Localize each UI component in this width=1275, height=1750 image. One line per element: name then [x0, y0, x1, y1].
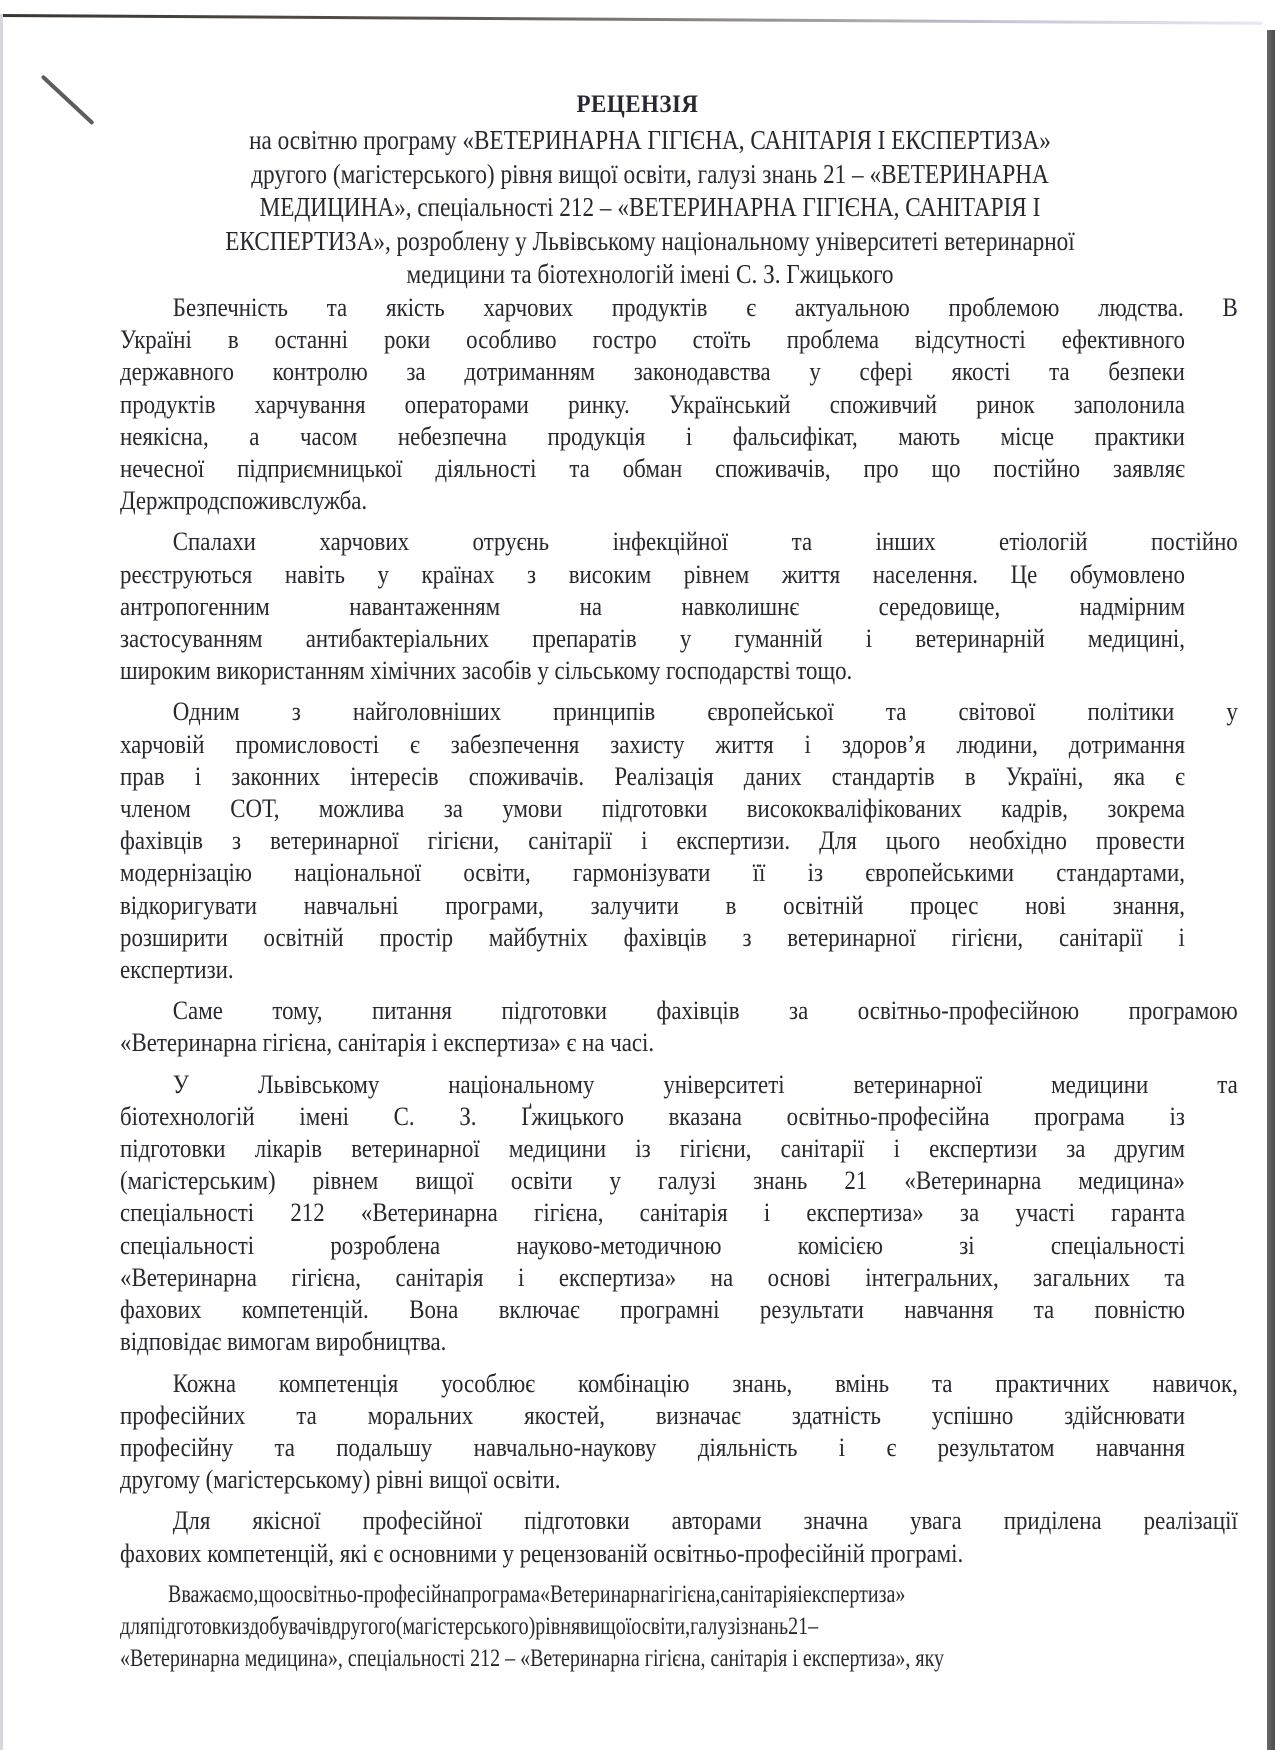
word: другим [1115, 1133, 1185, 1165]
word: якості [951, 356, 1010, 388]
word: Український [669, 389, 791, 421]
word: і [805, 729, 811, 761]
word: особливо [466, 324, 556, 356]
word: санітарії [1059, 922, 1143, 954]
word: та [1165, 1262, 1185, 1294]
word: мають [898, 421, 960, 453]
document-title: РЕЦЕНЗІЯ [51, 90, 1224, 120]
word: «Ветеринарна [904, 1165, 1041, 1197]
word: участі [1015, 1197, 1075, 1229]
word: визначає [656, 1400, 741, 1432]
word: антропогенним [120, 591, 270, 623]
word: європейськими [865, 857, 1014, 889]
word: стандартів [832, 761, 935, 793]
word: заявляє [1113, 453, 1185, 485]
word: із [635, 1133, 650, 1165]
word: принципів [553, 696, 655, 728]
word: та [327, 292, 347, 324]
word: ветеринарної [270, 825, 399, 857]
word: безпеки [1108, 356, 1185, 388]
word: необхідно [969, 825, 1067, 857]
word: постійно [1151, 526, 1238, 558]
text-line: експертизи. [120, 954, 1185, 986]
word: дотримання [1069, 729, 1185, 761]
word: із [808, 857, 823, 889]
word: можлива [319, 793, 404, 825]
word: харчовій [120, 729, 205, 761]
text-line: професійнутаподальшунавчально-науковудія… [120, 1432, 1185, 1464]
word: медицина» [1078, 1165, 1185, 1197]
word: діяльності [435, 453, 536, 485]
word: державного [120, 356, 234, 388]
paragraph-lviv-university: УЛьвівськомунаціональномууніверситетівет… [120, 1069, 1185, 1359]
paragraph-professional-training: Дляякісноїпрофесійноїпідготовкиавторамиз… [120, 1505, 1185, 1569]
word: Для [819, 825, 857, 857]
word: Ґжицького [521, 1101, 624, 1133]
text-line: УЛьвівськомунаціональномууніверситетівет… [120, 1069, 1238, 1101]
word: гігієни, [680, 1133, 752, 1165]
word: з [527, 559, 536, 591]
word: антибактеріальних [306, 623, 489, 655]
word: експертизи. [676, 825, 790, 857]
word: санітарії [528, 825, 612, 857]
word: приділена [1004, 1505, 1102, 1537]
word: обман [623, 453, 683, 485]
word: стандартами, [1056, 857, 1185, 889]
word: вказана [669, 1101, 742, 1133]
word: навичок, [1153, 1368, 1238, 1400]
text-line: (магістерським)рівнемвищоїосвітиугалузіз… [120, 1165, 1185, 1197]
text-line: спеціальності212«Ветеринарнагігієна,сані… [120, 1197, 1185, 1229]
word: 21 [788, 1613, 808, 1640]
text-line: Дляякісноїпрофесійноїпідготовкиавторамиз… [120, 1505, 1238, 1537]
word: підготовки [524, 1505, 630, 1537]
text-line: фахівцівзветеринарноїгігієни,санітаріїіе… [120, 825, 1185, 857]
word: фальсифікат, [733, 421, 858, 453]
document-body: Безпечністьтаякістьхарчовихпродуктівєакт… [120, 292, 1185, 1684]
word: університеті [663, 1069, 784, 1101]
word: підприємницької [237, 453, 402, 485]
word: Вона [409, 1294, 458, 1326]
word: на [711, 1262, 733, 1294]
word: ветеринарній [915, 623, 1044, 655]
word: стоїть [693, 324, 751, 356]
word: тому, [272, 995, 322, 1027]
word: гігієна, [291, 1262, 360, 1294]
word: цього [886, 825, 940, 857]
word: В [1223, 292, 1238, 324]
word: життя [782, 559, 840, 591]
paragraph-conclusion: Вважаємо,щоосвітньо-професійнапрограма«В… [120, 1579, 1185, 1676]
word: діяльність [698, 1432, 798, 1464]
word: експертизи [929, 1133, 1037, 1165]
word: і [839, 1432, 845, 1464]
word: імені [299, 1101, 349, 1133]
word: висококваліфікованих [747, 793, 962, 825]
word: У [173, 1069, 189, 1101]
text-line: продуктівхарчуванняоператорамиринку.Укра… [120, 389, 1185, 421]
word: спеціальності [1051, 1230, 1185, 1262]
word: і [641, 825, 647, 857]
word: подальшу [336, 1432, 432, 1464]
word: європейської [707, 696, 834, 728]
word: професійної [363, 1505, 482, 1537]
subtitle-line: МЕДИЦИНА», спеціальності 212 – «ВЕТЕРИНА… [177, 191, 1123, 225]
word: неякісна, [120, 421, 209, 453]
word: законодавства [634, 356, 771, 388]
word: політики [1087, 696, 1174, 728]
word: даних [744, 761, 802, 793]
paragraph-timeliness: Саметому,питанняпідготовкифахівцівзаосві… [120, 995, 1185, 1059]
text-line: «Ветеринарна гігієна, санітарія і експер… [120, 1027, 1185, 1059]
word: медицині, [1088, 623, 1185, 655]
word: заполонила [1074, 389, 1185, 421]
word: освітньо-професійна [787, 1101, 990, 1133]
word: експертиза» [806, 1197, 923, 1229]
word: освітньо-професійною [858, 995, 1079, 1027]
text-line: дляпідготовкиздобувачівдругого(магістерс… [120, 1611, 1185, 1643]
word: основі [768, 1262, 831, 1294]
text-line: спеціальностірозробленанауково-методично… [120, 1230, 1185, 1262]
subtitle-line: на освітню програму «ВЕТЕРИНАРНА ГІГІЄНА… [177, 124, 1123, 158]
word: кадрів, [1001, 793, 1068, 825]
word: уособлює [441, 1368, 535, 1400]
word: (магістерського) [396, 1613, 535, 1640]
word: навчання [1096, 1432, 1185, 1464]
word: ветеринарної [787, 922, 916, 954]
word: навіть [285, 559, 345, 591]
text-line: правізаконнихінтересівспоживачів.Реаліза… [120, 761, 1185, 793]
text-line: застосуваннямантибактеріальнихпрепаратів… [120, 623, 1185, 655]
word: з [232, 825, 241, 857]
word: фахових [120, 1294, 201, 1326]
word: навчання [904, 1294, 993, 1326]
word: компетенцій. [242, 1294, 369, 1326]
word: проблема [787, 324, 879, 356]
text-line: Українівостаннірокиособливогостростоїтьп… [120, 324, 1185, 356]
word: моральних [368, 1400, 474, 1432]
word: навчальні [304, 890, 399, 922]
word: відсутності [915, 324, 1026, 356]
word: застосуванням [120, 623, 263, 655]
word: навантаженням [349, 591, 500, 623]
word: – [808, 1613, 818, 1640]
word: небезпечна [398, 421, 507, 453]
word: проблемою [949, 292, 1060, 324]
word: загальних [1033, 1262, 1130, 1294]
word: про [863, 453, 898, 485]
word: процес [910, 890, 978, 922]
word: увага [910, 1505, 962, 1537]
word: гігієна, [534, 1197, 603, 1229]
word: часом [300, 421, 357, 453]
text-line: «Ветеринарнагігієна,санітаріяіекспертиза… [120, 1262, 1185, 1294]
scan-right-edge [1267, 30, 1275, 1750]
word: (магістерським) [120, 1165, 276, 1197]
word: та [274, 1432, 294, 1464]
text-line: членомСОТ,можливазаумовипідготовкивисоко… [120, 793, 1185, 825]
text-line: «Ветеринарна медицина», спеціальності 21… [120, 1643, 1185, 1675]
word: а [249, 421, 259, 453]
subtitle-line: другого (магістерського) рівня вищої осв… [177, 158, 1123, 192]
word: нові [1025, 890, 1066, 922]
word: у [809, 356, 820, 388]
word: відкоригувати [120, 890, 257, 922]
word: світової [958, 696, 1035, 728]
word: галузі [658, 1165, 716, 1197]
word: програмні [620, 1294, 719, 1326]
word: промисловості [235, 729, 379, 761]
word: у [610, 1165, 621, 1197]
word: харчових [483, 292, 573, 324]
word: за [444, 793, 463, 825]
word: санітарія [395, 1262, 483, 1294]
word: за [960, 1197, 979, 1229]
word: і [518, 1262, 524, 1294]
word: авторами [672, 1505, 762, 1537]
word: освітній [783, 890, 863, 922]
word: розроблена [330, 1230, 440, 1262]
word: повністю [1095, 1294, 1185, 1326]
word: на [580, 591, 602, 623]
word: гармонізувати [573, 857, 710, 889]
word: яка [1114, 761, 1145, 793]
word: що [931, 453, 960, 485]
word: сфері [860, 356, 913, 388]
word: що [258, 1581, 283, 1608]
word: фахівців [624, 922, 707, 954]
word: інших [876, 526, 936, 558]
word: професійних [120, 1400, 245, 1432]
word: продуктів [120, 389, 216, 421]
word: навчально-наукову [474, 1432, 657, 1464]
word: біотехнологій [120, 1101, 255, 1133]
word: реалізації [1144, 1505, 1238, 1537]
word: ефективного [1062, 324, 1185, 356]
word: з [742, 922, 751, 954]
text-line: Вважаємо,щоосвітньо-професійнапрограма«В… [120, 1579, 1233, 1611]
word: і [764, 1197, 770, 1229]
word: С. [394, 1101, 415, 1133]
word: питання [372, 995, 452, 1027]
word: є [1175, 761, 1185, 793]
word: останні [275, 324, 348, 356]
word: і [1179, 922, 1185, 954]
word: роки [384, 324, 430, 356]
word: та [932, 1368, 952, 1400]
word: Саме [173, 995, 223, 1027]
word: Кожна [173, 1368, 236, 1400]
word: харчових [319, 526, 409, 558]
word: національному [448, 1069, 594, 1101]
word: за [1066, 1133, 1085, 1165]
word: гігієна, [660, 1581, 721, 1608]
word: експертиза» [803, 1581, 906, 1608]
text-line: нечесноїпідприємницькоїдіяльностітаобман… [120, 453, 1185, 485]
word: програма [1034, 1101, 1125, 1133]
word: Одним [173, 696, 240, 728]
word: професійну [120, 1432, 233, 1464]
text-line: модернізаціюнаціональноїосвіти,гармонізу… [120, 857, 1185, 889]
text-line: відповідає вимогам виробництва. [120, 1326, 1185, 1358]
word: інтегральних, [865, 1262, 998, 1294]
word: рівнем [313, 1165, 378, 1197]
word: підготовки [602, 793, 708, 825]
word: фахівців [657, 995, 740, 1027]
word: компетенція [279, 1368, 398, 1400]
word: надмірним [1080, 591, 1185, 623]
word: і [866, 623, 872, 655]
word: обумовлено [1070, 559, 1185, 591]
word: та [569, 453, 589, 485]
word: гігієни, [428, 825, 500, 857]
word: результатом [938, 1432, 1055, 1464]
word: членом [120, 793, 191, 825]
word: зокрема [1107, 793, 1185, 825]
word: і [686, 421, 692, 453]
word: ветеринарної [351, 1133, 480, 1165]
word: зі [959, 1230, 974, 1262]
text-line: Спалахихарчовихотруєньінфекційноїтаінших… [120, 526, 1238, 558]
word: «Ветеринарна [120, 1262, 257, 1294]
text-line: відкоригуватинавчальніпрограми,залучитив… [120, 890, 1185, 922]
word: комісією [798, 1230, 883, 1262]
word: і [195, 761, 201, 793]
word: освітній [264, 922, 344, 954]
word: її [753, 857, 766, 889]
word: З. [459, 1101, 476, 1133]
word: Безпечність [173, 292, 288, 324]
word: гостро [593, 324, 657, 356]
word: значна [804, 1505, 868, 1537]
word: актуальною [795, 292, 910, 324]
word: майбутніх [489, 922, 588, 954]
word: «Ветеринарна [361, 1197, 498, 1229]
word: є [886, 1432, 896, 1464]
word: та [1217, 1069, 1237, 1101]
word: 212 [290, 1197, 324, 1229]
word: вищої [580, 1613, 631, 1640]
word: з [292, 696, 301, 728]
word: споживачів. [469, 761, 584, 793]
word: практичних [995, 1368, 1109, 1400]
text-line: підготовкилікарівветеринарноїмедициниізг… [120, 1133, 1185, 1165]
word: життя [715, 729, 773, 761]
word: в [965, 761, 976, 793]
word: отруєнь [473, 526, 550, 558]
text-line: Безпечністьтаякістьхарчовихпродуктівєакт… [120, 292, 1238, 324]
word: високим [569, 559, 651, 591]
word: медицини [509, 1133, 606, 1165]
word: етіологій [999, 526, 1087, 558]
word: препаратів [532, 623, 636, 655]
word: модернізацію [120, 857, 252, 889]
word: залучити [591, 890, 679, 922]
word: якостей, [524, 1400, 605, 1432]
word: середовище, [879, 591, 1001, 623]
word: та [296, 1400, 316, 1432]
text-line: професійнихтаморальнихякостей,визначаєзд… [120, 1400, 1185, 1432]
word: підготовки [149, 1613, 241, 1640]
word: успішно [932, 1400, 1014, 1432]
word: та [1034, 1294, 1054, 1326]
word: і [894, 1133, 900, 1165]
word: знань [753, 1165, 807, 1197]
word: розширити [120, 922, 228, 954]
word: ветеринарної [854, 1069, 983, 1101]
word: національної [294, 857, 421, 889]
word: в [228, 324, 239, 356]
word: та [792, 526, 812, 558]
text-line: широким використанням хімічних засобів у… [120, 655, 1185, 687]
text-line: реєструютьсянавітьукраїнахзвисокимрівнем… [120, 559, 1185, 591]
word: результати [760, 1294, 864, 1326]
word: гуманній [735, 623, 823, 655]
text-line: неякісна,ачасомнебезпечнапродукціяіфальс… [120, 421, 1185, 453]
word: спеціальності [120, 1230, 254, 1262]
word: Спалахи [173, 526, 256, 558]
word: здійснювати [1064, 1400, 1185, 1432]
word: у [680, 623, 691, 655]
word: Україні [120, 324, 192, 356]
word: контролю [273, 356, 368, 388]
word: населення. [873, 559, 978, 591]
word: у [378, 559, 389, 591]
word: СОТ, [230, 793, 279, 825]
word: прав [120, 761, 165, 793]
word: операторами [405, 389, 529, 421]
word: вмінь [835, 1368, 889, 1400]
word: нечесної [120, 453, 204, 485]
word: санітарія [640, 1197, 728, 1229]
word: та [1049, 356, 1069, 388]
word: якість [386, 292, 445, 324]
word: із [1170, 1101, 1185, 1133]
word: споживачів, [715, 453, 830, 485]
text-line: фахових компетенцій, які є основними у р… [120, 1538, 1185, 1570]
word: постійно [993, 453, 1080, 485]
word: ринок [976, 389, 1034, 421]
text-line: державногоконтролюзадотриманнямзаконодав… [120, 356, 1185, 388]
word: є [410, 729, 420, 761]
word: простір [379, 922, 453, 954]
word: гігієни, [952, 922, 1024, 954]
word: та [886, 696, 906, 728]
subtitle-line: ЕКСПЕРТИЗА», розроблену у Львівському на… [177, 225, 1123, 259]
word: Україні, [1006, 761, 1084, 793]
scan-top-edge [0, 14, 1262, 25]
text-line: Однимзнайголовнішихпринципівєвропейської… [120, 696, 1238, 728]
word: споживчий [830, 389, 937, 421]
word: фахівців [120, 825, 203, 857]
word: захисту [610, 729, 684, 761]
word: «Ветеринарна [540, 1581, 660, 1608]
word: людини, [956, 729, 1037, 761]
word: країнах [422, 559, 495, 591]
text-line: Саметому,питанняпідготовкифахівцівзаосві… [120, 995, 1238, 1027]
text-line: біотехнологійіменіС.З.Ґжицькоговказанаос… [120, 1101, 1185, 1133]
text-line: Кожнакомпетенціяуособлюєкомбінаціюзнань,… [120, 1368, 1238, 1400]
word: програма [461, 1581, 540, 1608]
word: реєструються [120, 559, 252, 591]
text-line: Держпродспоживслужба. [120, 485, 1185, 517]
word: Це [1011, 559, 1038, 591]
word: Для [173, 1505, 211, 1537]
word: здобувачів [242, 1613, 331, 1640]
subtitle-line: медицини та біотехнологій імені С. З. Гж… [177, 258, 1123, 292]
word: харчування [255, 389, 366, 421]
paragraph-competence: Кожнакомпетенціяуособлюєкомбінаціюзнань,… [120, 1368, 1185, 1497]
